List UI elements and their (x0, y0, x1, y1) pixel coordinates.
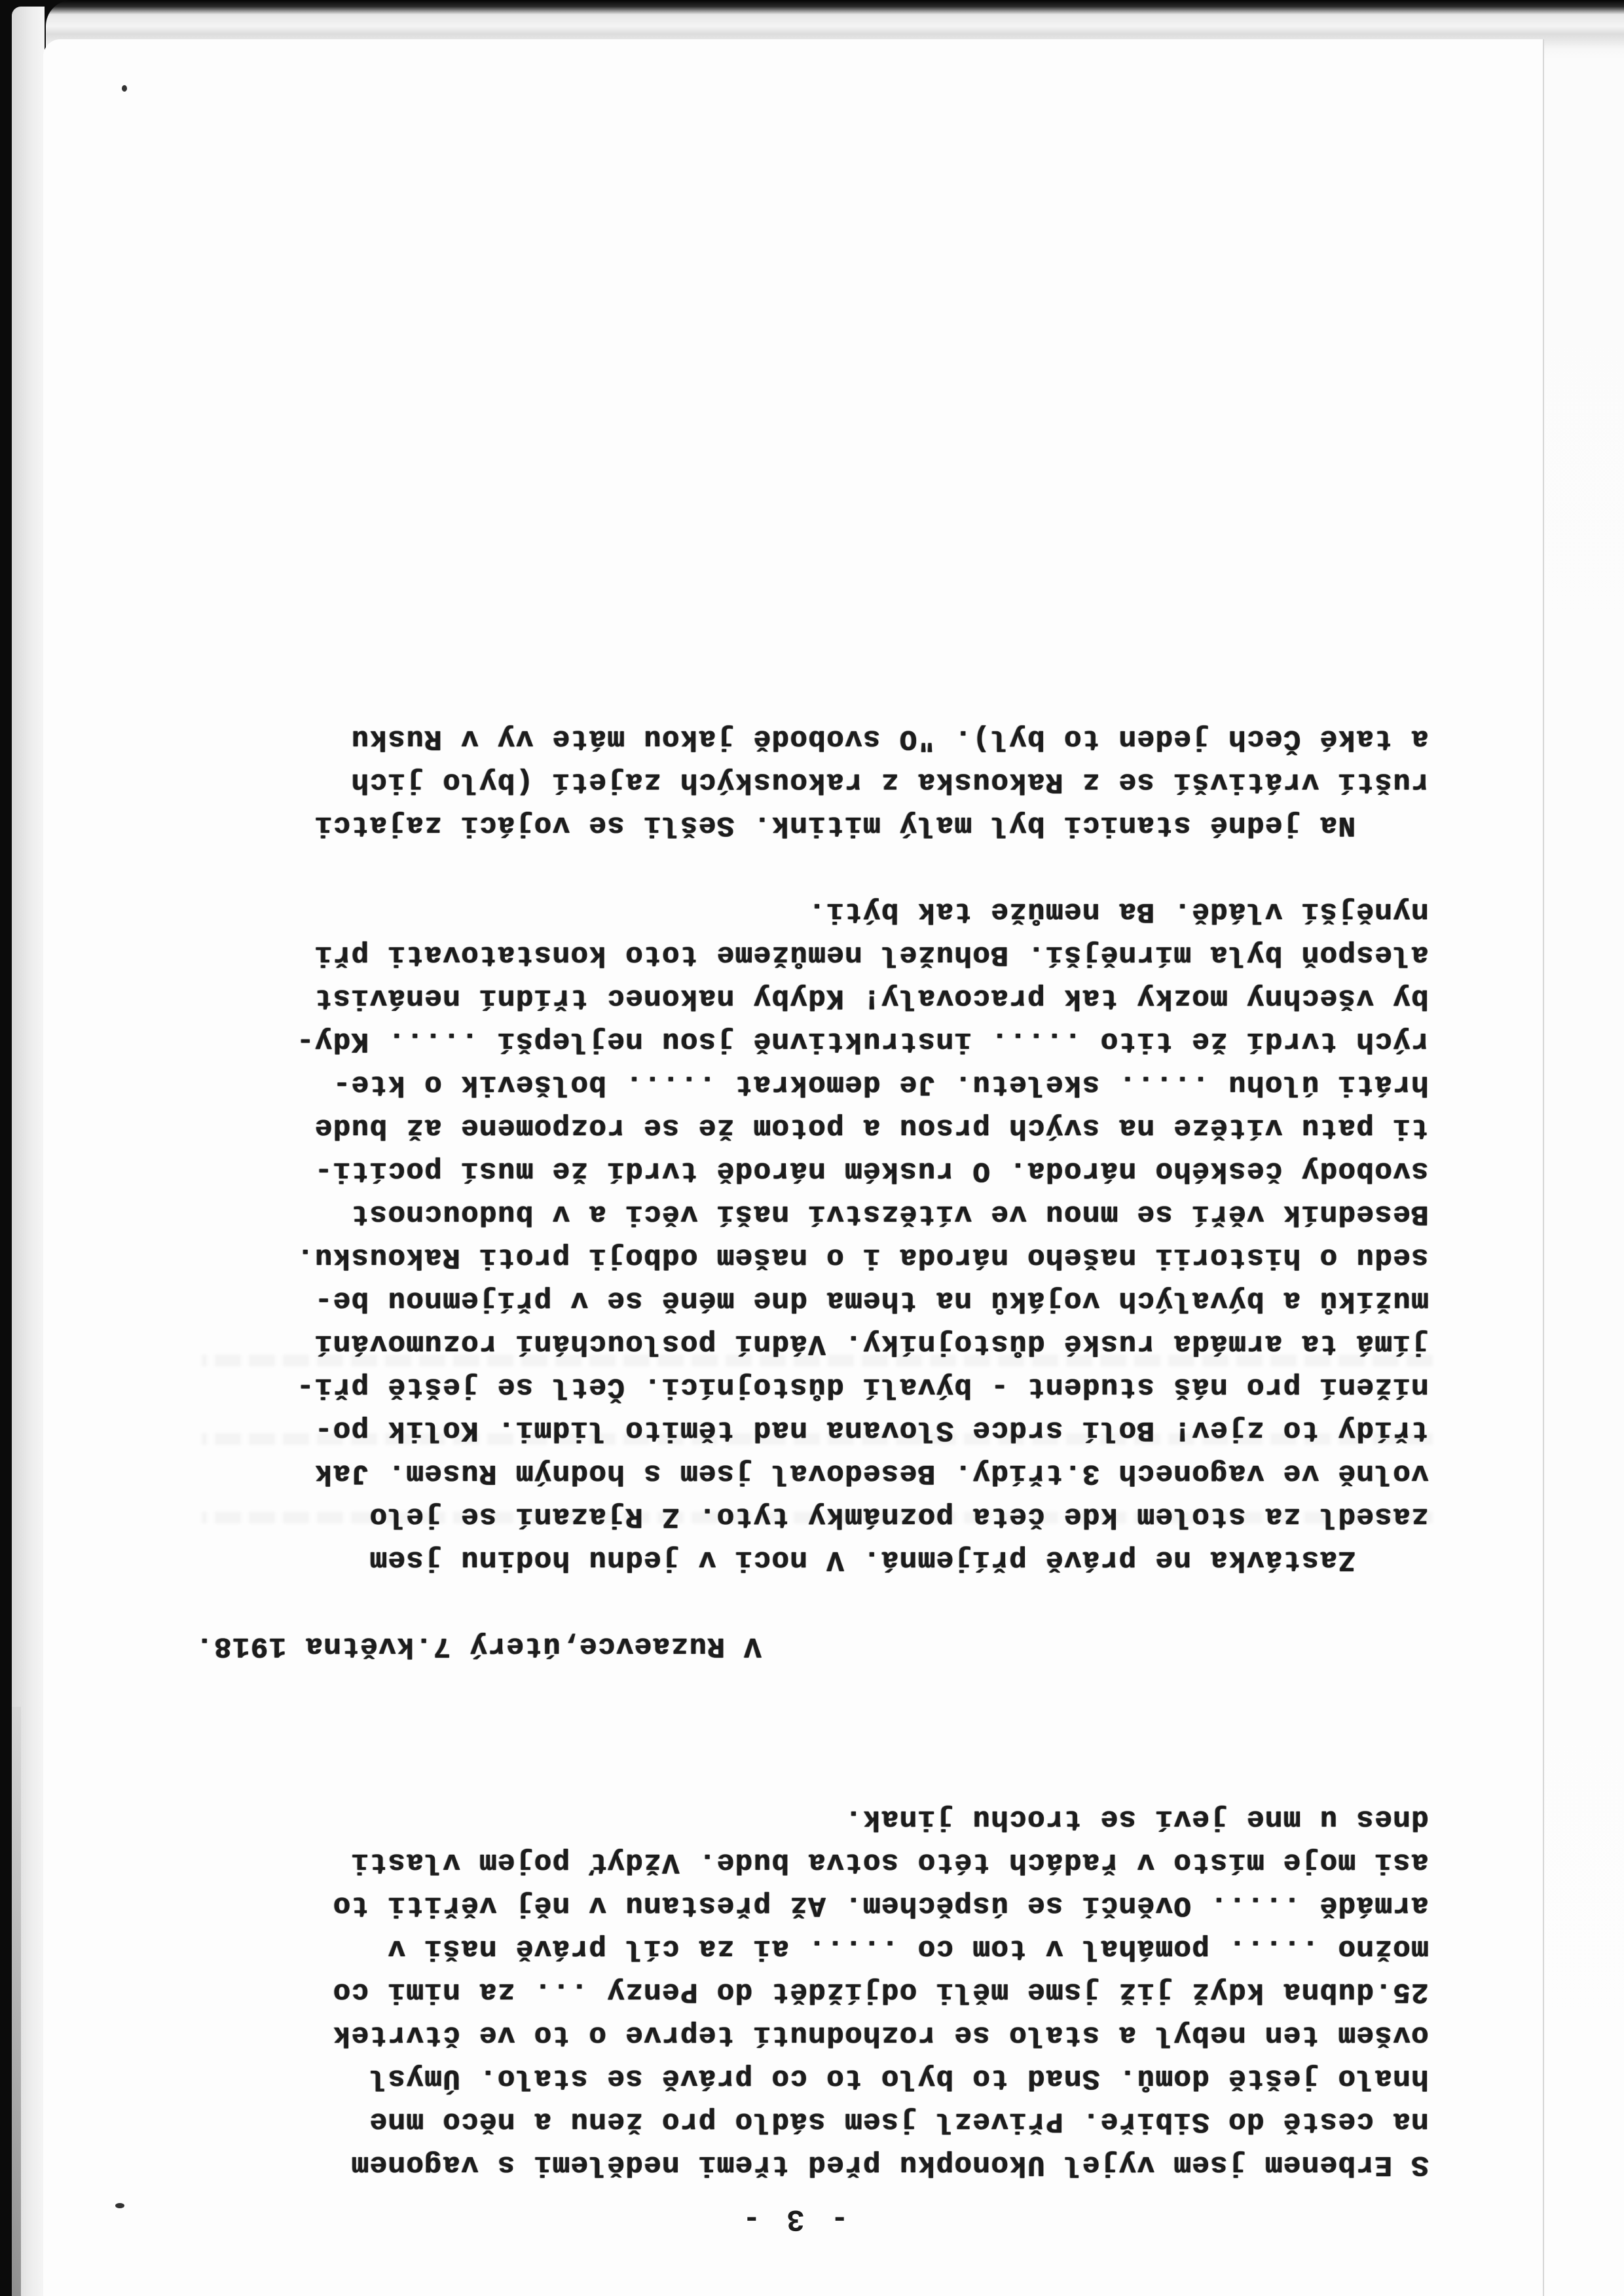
text-line: na cestě do Sibiře. Přivezl jsem sádlo p… (185, 2100, 1429, 2143)
text-line: volně ve vagonech 3.třídy. Besedoval jse… (185, 1451, 1429, 1495)
paragraph-intro: S Erbenem jsem vyjel Ukonopku před třemi… (185, 1797, 1429, 2186)
page-number: - 3 - (43, 2202, 1544, 2236)
text-line: nížení pro náš student - bývalí důstojní… (185, 1365, 1429, 1408)
text-line: armádě ..... Ověnčí se úspěchem. Až přes… (185, 1884, 1429, 1927)
text-line: ruští vrátivší se z Rakouska z rakouskýc… (185, 760, 1429, 803)
scanner-frame-left (12, 7, 45, 2296)
text-line: 25.dubna když již jsme měli odjíždět do … (185, 1970, 1429, 2013)
text-line: Besedník věří se mnou ve vítězství naší … (185, 1192, 1429, 1235)
bleed-through (202, 1355, 1433, 1366)
text-line: svobody českého národa. O ruském národě … (185, 1149, 1429, 1192)
paragraph-meeting: Na jedné stanici byl malý mitink. Sešli … (185, 717, 1429, 847)
paragraph-journey: Zastávka ne právě příjemná. V noci v jed… (185, 890, 1429, 1581)
text-line: by všechny mozky tak pracovaly! Kdyby na… (185, 976, 1429, 1019)
dateline: V Ruzaevce,úterý 7.května 1918. (185, 1624, 1429, 1667)
page-content-rotated: - 3 - S Erbenem jsem vyjel Ukonopku před… (43, 39, 1544, 2296)
scan-speck (115, 2203, 124, 2208)
text-line: alespoň byla mírnější. Bohužel nemůžeme … (185, 933, 1429, 976)
text-line: Zastávka ne právě příjemná. V noci v jed… (185, 1538, 1429, 1581)
text-line: sedu o historii našeho národa i o našem … (185, 1235, 1429, 1279)
bleed-through (202, 1512, 1433, 1523)
text-line: asi moje místo v řadách této sotva bude.… (185, 1840, 1429, 1884)
typewritten-page: - 3 - S Erbenem jsem vyjel Ukonopku před… (43, 39, 1544, 2296)
text-line: ti patu vítěze na svých prsou a potom že… (185, 1106, 1429, 1149)
text-line: ovšem ten nebyl a stalo se rozhodnutí te… (185, 2013, 1429, 2056)
text-line: nynější vládě. Ba nemůže tak býti. (185, 890, 1429, 933)
bleed-through (202, 1433, 1433, 1445)
scan-speck (122, 85, 127, 92)
text-line: hnalo ještě domů. Snad to bylo to co prá… (185, 2056, 1429, 2100)
text-line: a také Čech jeden to byl). "O svobodě ja… (185, 717, 1429, 760)
text-line: možno ..... pomáhal v tom co ..... ai za… (185, 1927, 1429, 1970)
text-line: Na jedné stanici byl malý mitink. Sešli … (185, 803, 1429, 847)
text-line: hráti úlohu ..... skeletu. Je demokrat .… (185, 1063, 1429, 1106)
text-line: mužíků a bývalých vojáků na thema dne mé… (185, 1279, 1429, 1322)
text-line: rých tvrdí že tito ..... instruktivně js… (185, 1019, 1429, 1063)
text-line: třídy to zjev! Bolí srdce Slovana nad tě… (185, 1408, 1429, 1451)
text-line: S Erbenem jsem vyjel Ukonopku před třemi… (185, 2143, 1429, 2186)
text-line: dnes u mne jeví se trochu jinak. (185, 1797, 1429, 1840)
body-text: S Erbenem jsem vyjel Ukonopku před třemi… (185, 717, 1429, 2186)
